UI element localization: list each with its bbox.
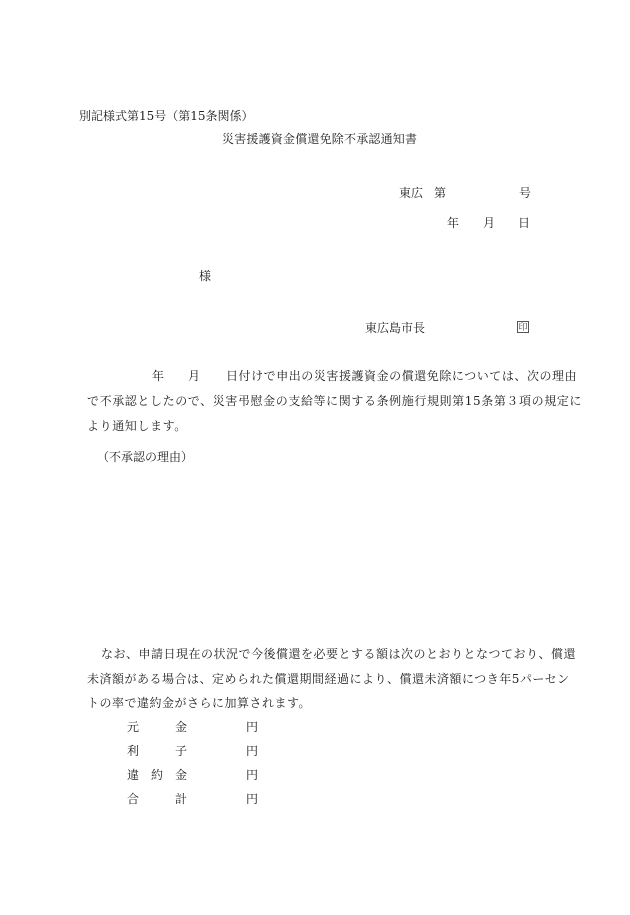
amount-label-part: 違: [127, 769, 139, 781]
p1-line2: で不承認としたので、災害弔慰金の支給等に関する条例施行規則第15条第３項の規定に: [87, 395, 582, 407]
p1-month-label: 月: [188, 370, 200, 382]
amount-label-part: 利: [127, 745, 139, 757]
amount-unit: 円: [246, 769, 258, 781]
p1-line3: より通知します。: [87, 420, 187, 432]
reference-dai: 第: [434, 187, 446, 199]
date-month-label: 月: [483, 217, 495, 229]
amount-row-principal: 元 金 円: [0, 721, 630, 737]
date-year-label: 年: [447, 217, 459, 229]
amount-label-part: 子: [175, 745, 187, 757]
amount-unit: 円: [246, 793, 258, 805]
p2-line1: なお、申請日現在の状況で今後償還を必要とする額は次のとおりとなつており、償還: [101, 648, 576, 660]
amount-unit: 円: [246, 721, 258, 733]
addressee-honorific: 様: [199, 270, 211, 282]
p2-line2: 未済額がある場合は、定められた償還期間経過により、償還未済額につき年5パーセン: [87, 673, 570, 685]
date-day-label: 日: [518, 217, 530, 229]
reason-heading: （不承認の理由）: [97, 451, 193, 463]
seal-icon: 印: [517, 321, 529, 333]
amount-label-part: 計: [175, 793, 187, 805]
reference-go: 号: [519, 187, 531, 199]
document-title: 災害援護資金償還免除不承認通知書: [222, 133, 417, 145]
amount-label-part: 元: [127, 721, 139, 733]
p1-year-label: 年: [152, 370, 164, 382]
reference-prefix: 東広: [399, 187, 423, 199]
form-number: 別記様式第15号（第15条関係）: [79, 110, 254, 122]
amount-label-part: 金: [175, 769, 187, 781]
p2-line3: トの率で違約金がさらに加算されます。: [87, 697, 311, 709]
amount-row-penalty: 違 約 金 円: [0, 769, 630, 785]
amount-label-part: 合: [127, 793, 139, 805]
amount-row-interest: 利 子 円: [0, 745, 630, 761]
issuer-name: 東広島市長: [365, 322, 425, 334]
amount-unit: 円: [246, 745, 258, 757]
amount-row-total: 合 計 円: [0, 793, 630, 809]
amount-label-part: 金: [175, 721, 187, 733]
p1-line1: 日付けで申出の災害援護資金の償還免除については、次の理由: [226, 370, 577, 382]
amount-label-part: 約: [151, 769, 163, 781]
